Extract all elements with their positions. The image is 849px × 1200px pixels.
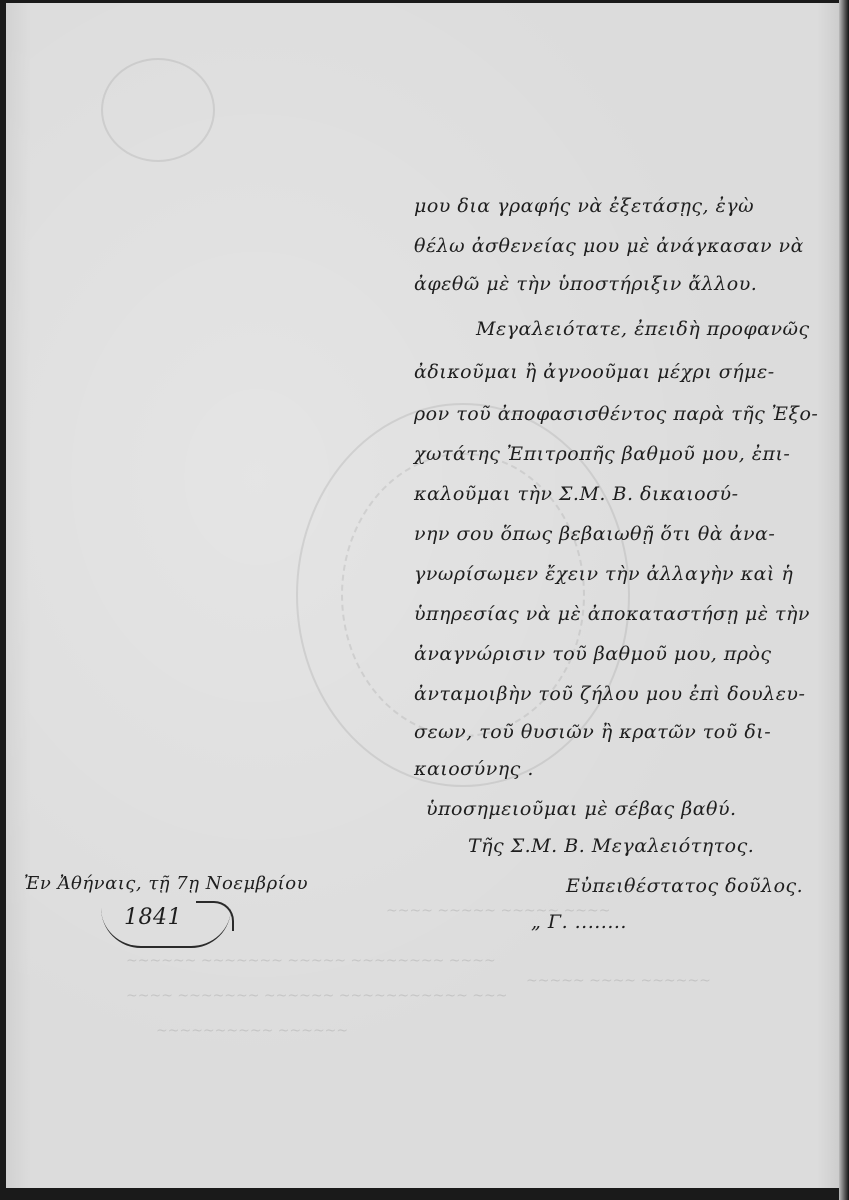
letter-line: ἀφεθῶ μὲ τὴν ὑποστήριξιν ἄλλου. [414,273,757,295]
letter-line: σεων, τοῦ θυσιῶν ἢ κρατῶν τοῦ δι- [414,721,771,743]
closing-servant: Εὐπειθέστατος δοῦλος. [566,875,803,897]
letter-line: Μεγαλειότατε, ἐπειδὴ προφανῶς [476,318,810,340]
bleed-through-text: ~~~~~~~~~~ ~~~~~~ [156,1023,348,1039]
letter-line: καλοῦμαι τὴν Σ.Μ. Β. δικαιοσύ- [414,483,739,505]
letter-line: γνωρίσωμεν ἔχειν τὴν ἀλλαγὴν καὶ ἡ [414,563,793,585]
signature: „ Γ. ........ [531,911,627,933]
bleed-through-text: ~~~~~ ~~~~ ~~~~~~ [526,973,711,989]
letter-line: ἀδικοῦμαι ἢ ἀγνοοῦμαι μέχρι σήμε- [414,361,775,383]
letter-line: μου δια γραφής νὰ ἐξετάσῃς, ἐγὼ [414,195,754,217]
letter-line: ὑποσημειοῦμαι μὲ σέβας βαθύ. [426,798,737,820]
letter-line: ἀνταμοιβὴν τοῦ ζήλου μου ἐπὶ δουλευ- [414,683,805,705]
bleed-through-text: ~~~~~~ ~~~~~~~ ~~~~~ ~~~~~~~~ ~~~~ [126,953,496,969]
letter-line: χωτάτης Ἐπιτροπῆς βαθμοῦ μου, ἐπι- [414,443,790,465]
scan-edge [839,0,849,1200]
letter-line: νην σου ὅπως βεβαιωθῇ ὅτι θὰ ἀνα- [414,523,775,545]
dateline-place-date: Ἐν Ἀθήναις, τῇ 7ῃ Νοεμβρίου [24,873,308,894]
faint-stamp [101,58,215,162]
document-page: ~~~~ ~~~~~ ~~~~~ ~~~~ ~~~~~~ ~~~~~~~ ~~~… [6,3,842,1188]
letter-line: καιοσύνης . [414,758,534,780]
bleed-through-text: ~~~~ ~~~~~~~ ~~~~~~ ~~~~~~~~~~~ ~~~ [126,988,507,1004]
letter-line: ἀναγνώρισιν τοῦ βαθμοῦ μου, πρὸς [414,643,772,665]
letter-line: ὑπηρεσίας νὰ μὲ ἀποκαταστήσῃ μὲ τὴν [414,603,810,625]
closing-salutation: Τῆς Σ.Μ. Β. Μεγαλειότητος. [468,835,754,857]
letter-line: θέλω ἀσθενείας μου μὲ ἀνάγκασαν νὰ [414,235,804,257]
letter-line: ρον τοῦ ἀποφασισθέντος παρὰ τῆς Ἐξο- [414,403,818,425]
